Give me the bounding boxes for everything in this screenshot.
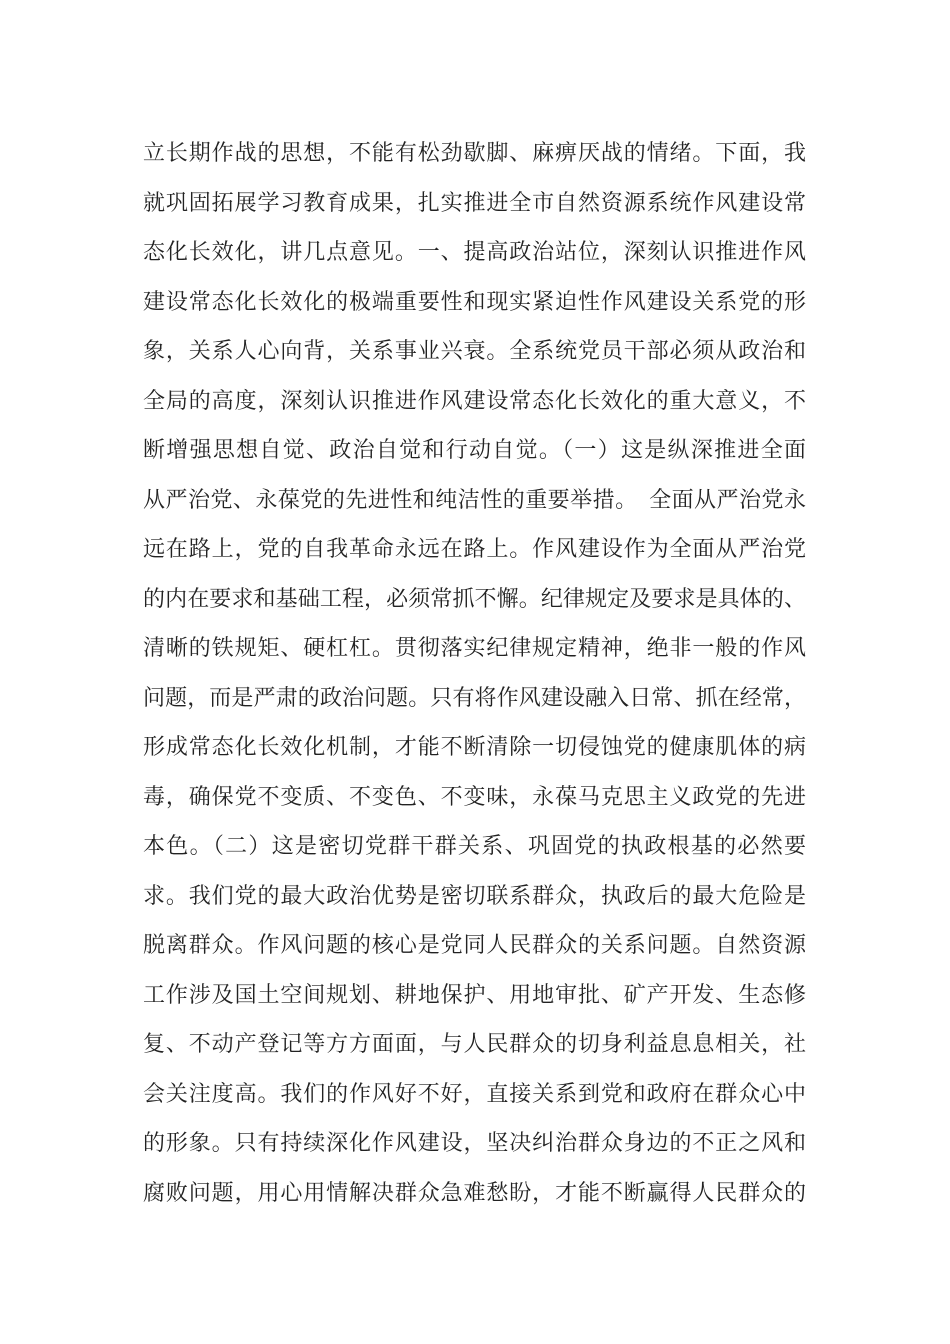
text-line: 就巩固拓展学习教育成果，扎实推进全市自然资源系统作风建设常 bbox=[143, 178, 806, 228]
text-line: 全局的高度，深刻认识推进作风建设常态化长效化的重大意义，不 bbox=[143, 376, 806, 426]
text-line: 的内在要求和基础工程，必须常抓不懈。纪律规定及要求是具体的、 bbox=[143, 574, 806, 624]
text-line: 工作涉及国土空间规划、耕地保护、用地审批、矿产开发、生态修 bbox=[143, 970, 806, 1020]
document-page: 立长期作战的思想，不能有松劲歇脚、麻痹厌战的情绪。下面，我 就巩固拓展学习教育成… bbox=[0, 0, 950, 1344]
text-line: 形成常态化长效化机制，才能不断清除一切侵蚀党的健康肌体的病 bbox=[143, 722, 806, 772]
text-line: 远在路上，党的自我革命永远在路上。作风建设作为全面从严治党 bbox=[143, 524, 806, 574]
text-line: 脱离群众。作风问题的核心是党同人民群众的关系问题。自然资源 bbox=[143, 920, 806, 970]
text-line: 求。我们党的最大政治优势是密切联系群众，执政后的最大危险是 bbox=[143, 871, 806, 921]
text-line: 从严治党、永葆党的先进性和纯洁性的重要举措。 全面从严治党永 bbox=[143, 475, 806, 525]
text-line: 毒，确保党不变质、不变色、不变味，永葆马克思主义政党的先进 bbox=[143, 772, 806, 822]
document-viewport: { "page": { "background_color": "#ffffff… bbox=[0, 0, 950, 1344]
text-line: 腐败问题，用心用情解决群众急难愁盼，才能不断赢得人民群众的 bbox=[143, 1168, 806, 1218]
text-line: 象，关系人心向背，关系事业兴衰。全系统党员干部必须从政治和 bbox=[143, 326, 806, 376]
body-text-block: 立长期作战的思想，不能有松劲歇脚、麻痹厌战的情绪。下面，我 就巩固拓展学习教育成… bbox=[143, 128, 806, 1217]
text-line: 的形象。只有持续深化作风建设，坚决纠治群众身边的不正之风和 bbox=[143, 1118, 806, 1168]
text-line: 断增强思想自觉、政治自觉和行动自觉。（一）这是纵深推进全面 bbox=[143, 425, 806, 475]
text-line: 态化长效化，讲几点意见。一、提高政治站位，深刻认识推进作风 bbox=[143, 227, 806, 277]
text-line: 会关注度高。我们的作风好不好，直接关系到党和政府在群众心中 bbox=[143, 1069, 806, 1119]
text-line: 问题，而是严肃的政治问题。只有将作风建设融入日常、抓在经常， bbox=[143, 673, 806, 723]
text-line: 立长期作战的思想，不能有松劲歇脚、麻痹厌战的情绪。下面，我 bbox=[143, 128, 806, 178]
text-line: 复、不动产登记等方方面面，与人民群众的切身利益息息相关，社 bbox=[143, 1019, 806, 1069]
text-line: 清晰的铁规矩、硬杠杠。贯彻落实纪律规定精神，绝非一般的作风 bbox=[143, 623, 806, 673]
text-line: 建设常态化长效化的极端重要性和现实紧迫性作风建设关系党的形 bbox=[143, 277, 806, 327]
text-line: 本色。（二）这是密切党群干群关系、巩固党的执政根基的必然要 bbox=[143, 821, 806, 871]
